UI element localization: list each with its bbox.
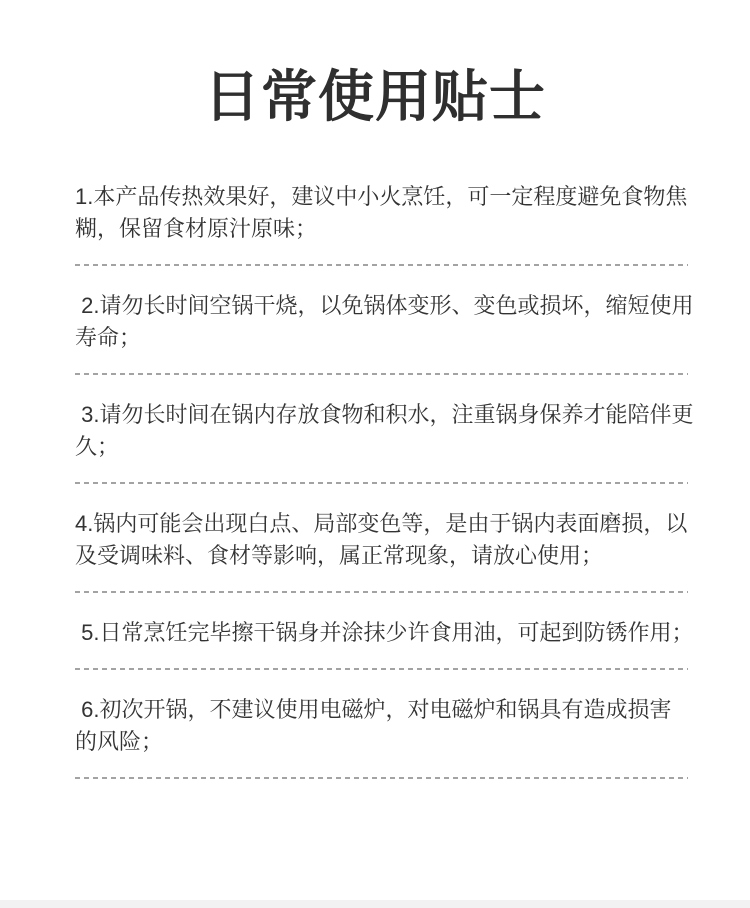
tip-item-6: 6.初次开锅，不建议使用电磁炉，对电磁炉和锅具有造成损害 的风险； (75, 670, 688, 779)
page-title: 日常使用贴士 (0, 56, 750, 138)
usage-tips-list: 1.本产品传热效果好，建议中小火烹饪，可一定程度避免食物焦 糊，保留食材原汁原味… (75, 181, 688, 779)
tip-text-1: 1.本产品传热效果好，建议中小火烹饪，可一定程度避免食物焦 糊，保留食材原汁原味… (75, 181, 688, 245)
tip-item-1: 1.本产品传热效果好，建议中小火烹饪，可一定程度避免食物焦 糊，保留食材原汁原味… (75, 181, 688, 266)
tip-item-3: 3.请勿长时间在锅内存放食物和积水，注重锅身保养才能陪伴更 久； (75, 375, 688, 484)
tip-text-6: 6.初次开锅，不建议使用电磁炉，对电磁炉和锅具有造成损害 的风险； (75, 694, 688, 758)
tip-text-3: 3.请勿长时间在锅内存放食物和积水，注重锅身保养才能陪伴更 久； (75, 399, 688, 463)
tip-item-2: 2.请勿长时间空锅干烧，以免锅体变形、变色或损坏，缩短使用 寿命； (75, 266, 688, 375)
footer-strip (0, 900, 750, 908)
tip-text-2: 2.请勿长时间空锅干烧，以免锅体变形、变色或损坏，缩短使用 寿命； (75, 290, 688, 354)
tip-text-4: 4.锅内可能会出现白点、局部变色等，是由于锅内表面磨损，以 及受调味料、食材等影… (75, 508, 688, 572)
tip-item-4: 4.锅内可能会出现白点、局部变色等，是由于锅内表面磨损，以 及受调味料、食材等影… (75, 484, 688, 593)
tip-item-5: 5.日常烹饪完毕擦干锅身并涂抹少许食用油，可起到防锈作用； (75, 593, 688, 670)
tip-text-5: 5.日常烹饪完毕擦干锅身并涂抹少许食用油，可起到防锈作用； (75, 617, 688, 649)
dashed-divider (75, 777, 688, 779)
